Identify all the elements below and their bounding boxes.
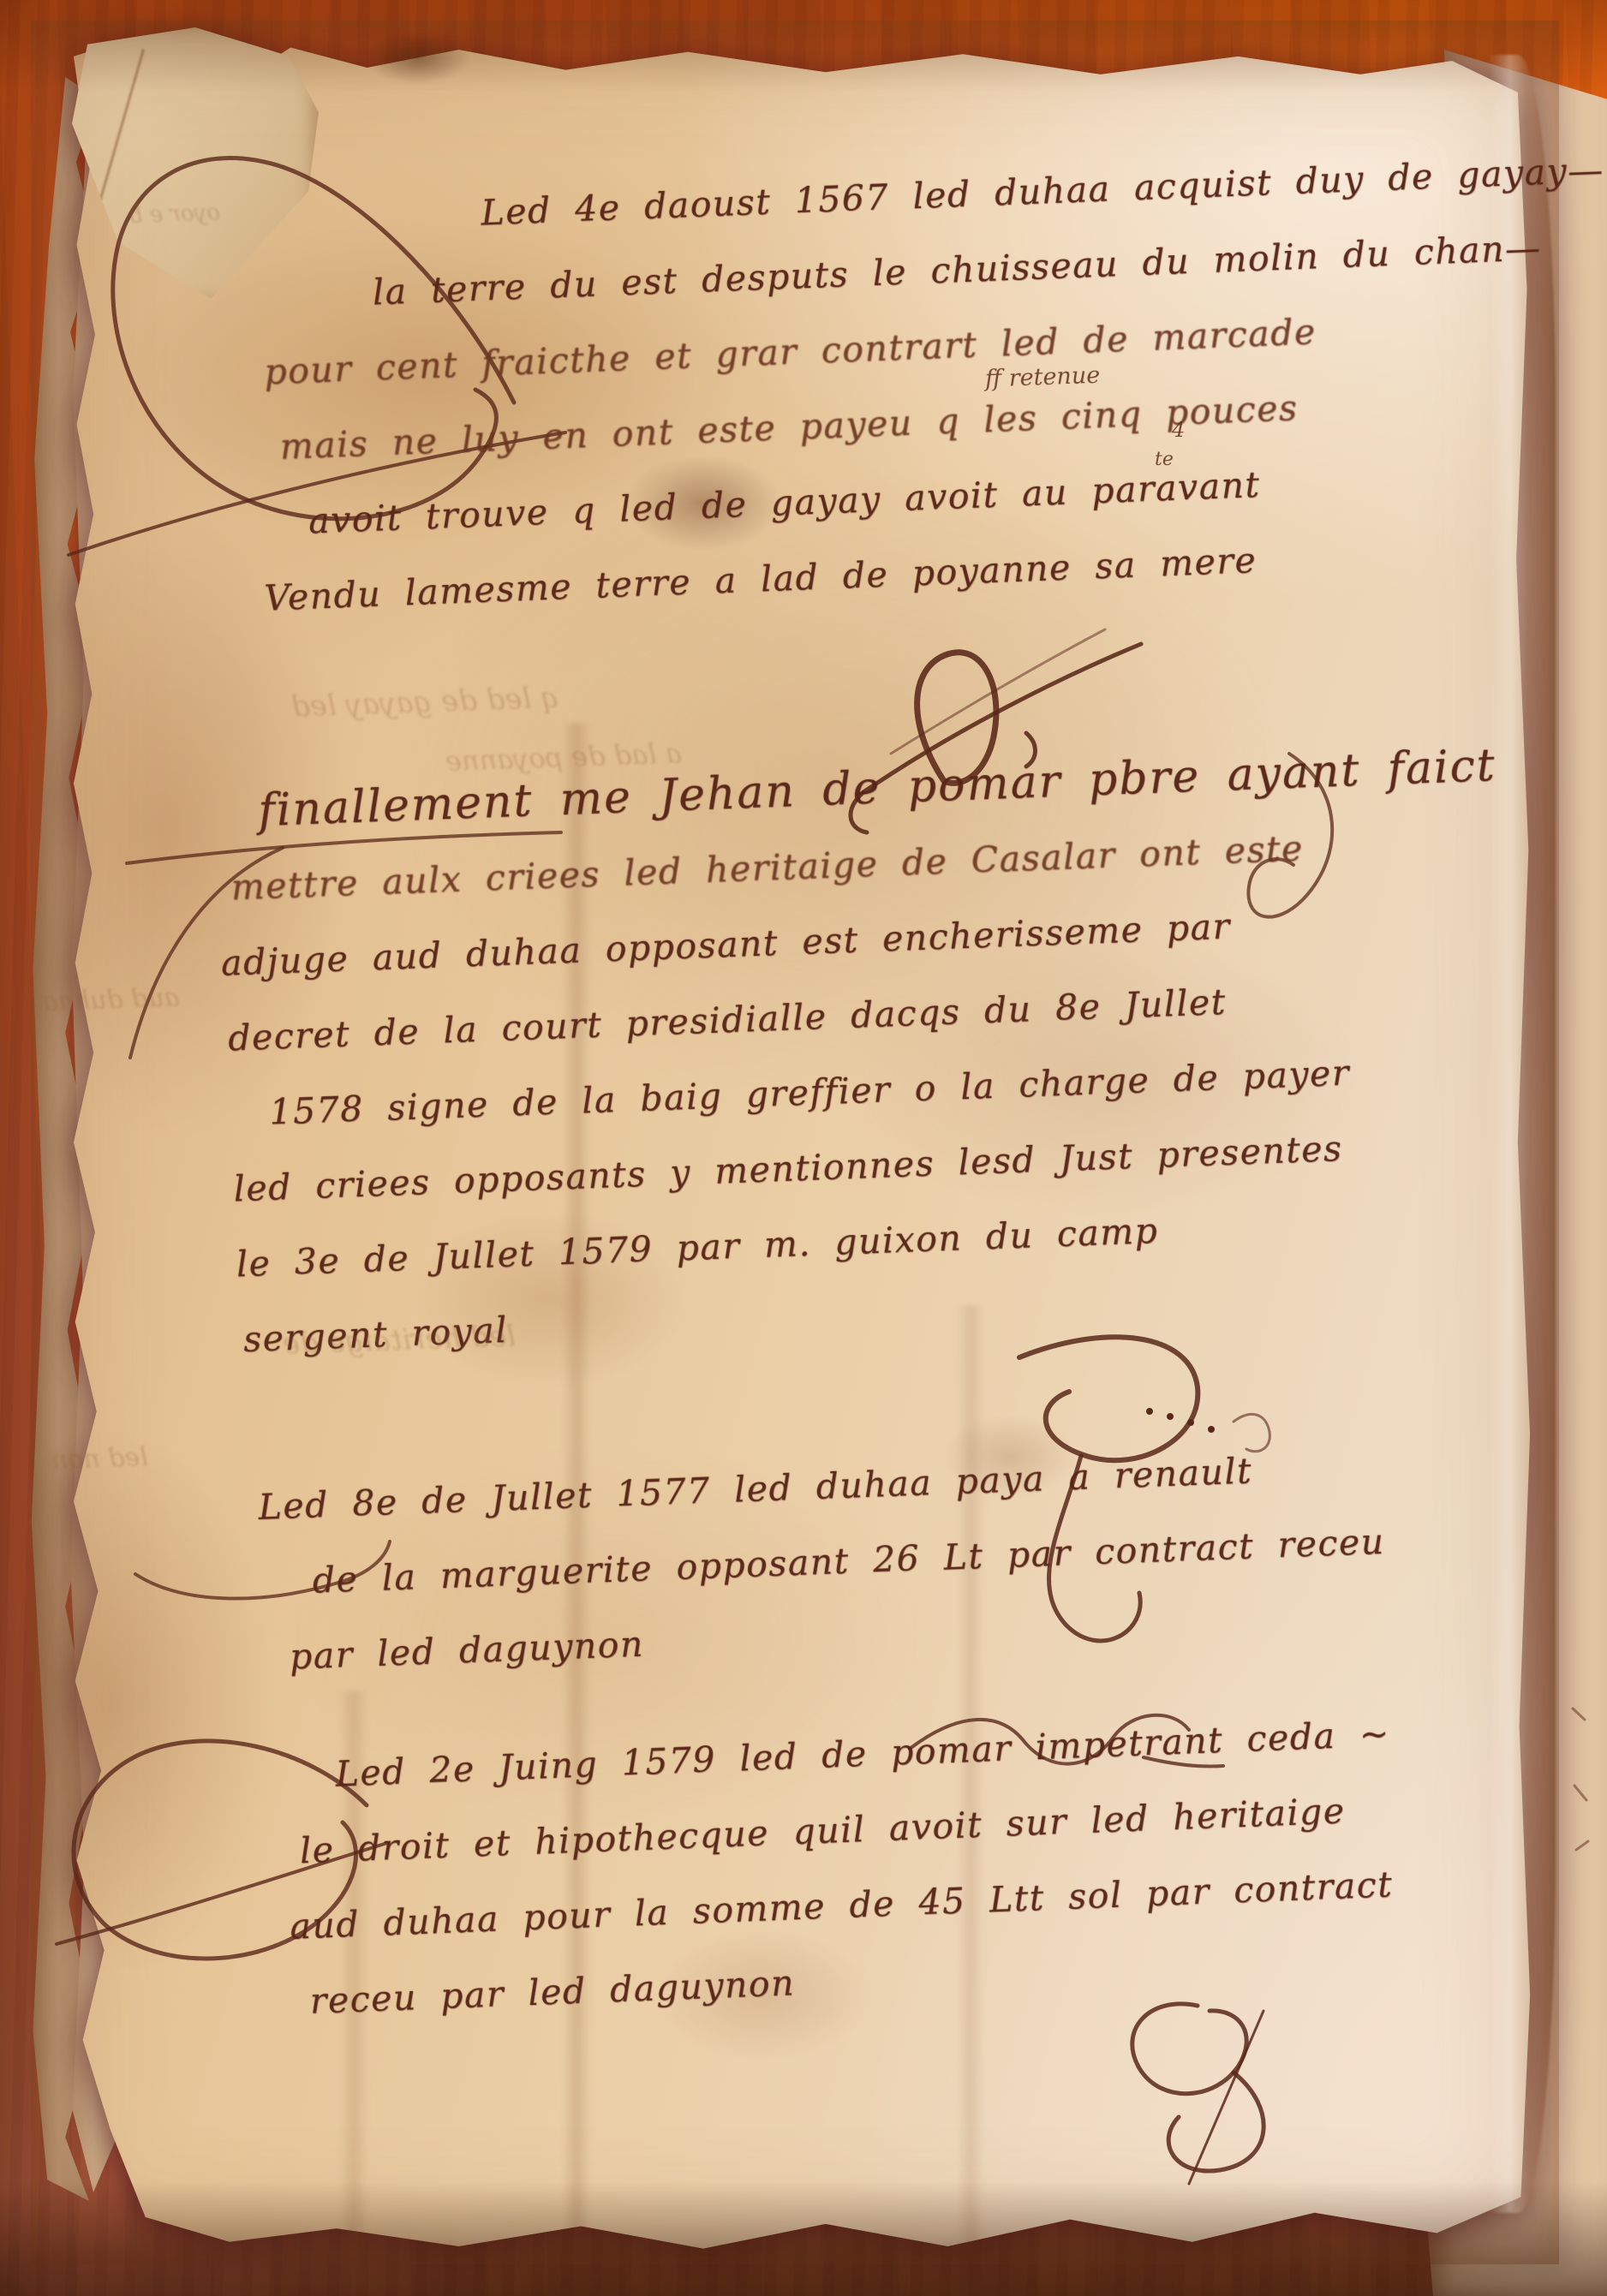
paragraph-entry-1577: Led 8e de Jullet 1577 led duhaa paya a r… — [257, 1428, 1389, 1696]
bleedthrough-text: oyor e b — [128, 200, 221, 229]
bleedthrough-text: aud duhaa — [42, 982, 180, 1017]
paragraph-entry-1578: finallement me Jehan de pomar pbre ayant… — [214, 728, 1517, 1377]
interline-figure: 4 — [1172, 418, 1185, 442]
ink-text-layer: Led 4e daoust 1567 led duhaa acquist duy… — [0, 0, 1607, 2296]
interline-annotation: ff retenue — [984, 362, 1100, 393]
bleedthrough-text: led non — [51, 1442, 148, 1476]
photo-of-manuscript: { "document": { "kind": "handwritten man… — [0, 0, 1607, 2296]
paragraph-entry-1579: Led 2e Juing 1579 led de pomar impetrant… — [283, 1696, 1401, 2039]
interline-superscript: te — [1155, 449, 1174, 470]
bleedthrough-text: q led de gayay led — [290, 681, 559, 725]
paragraph-entry-1567: Led 4e daoust 1567 led duhaa acquist duy… — [248, 132, 1607, 635]
